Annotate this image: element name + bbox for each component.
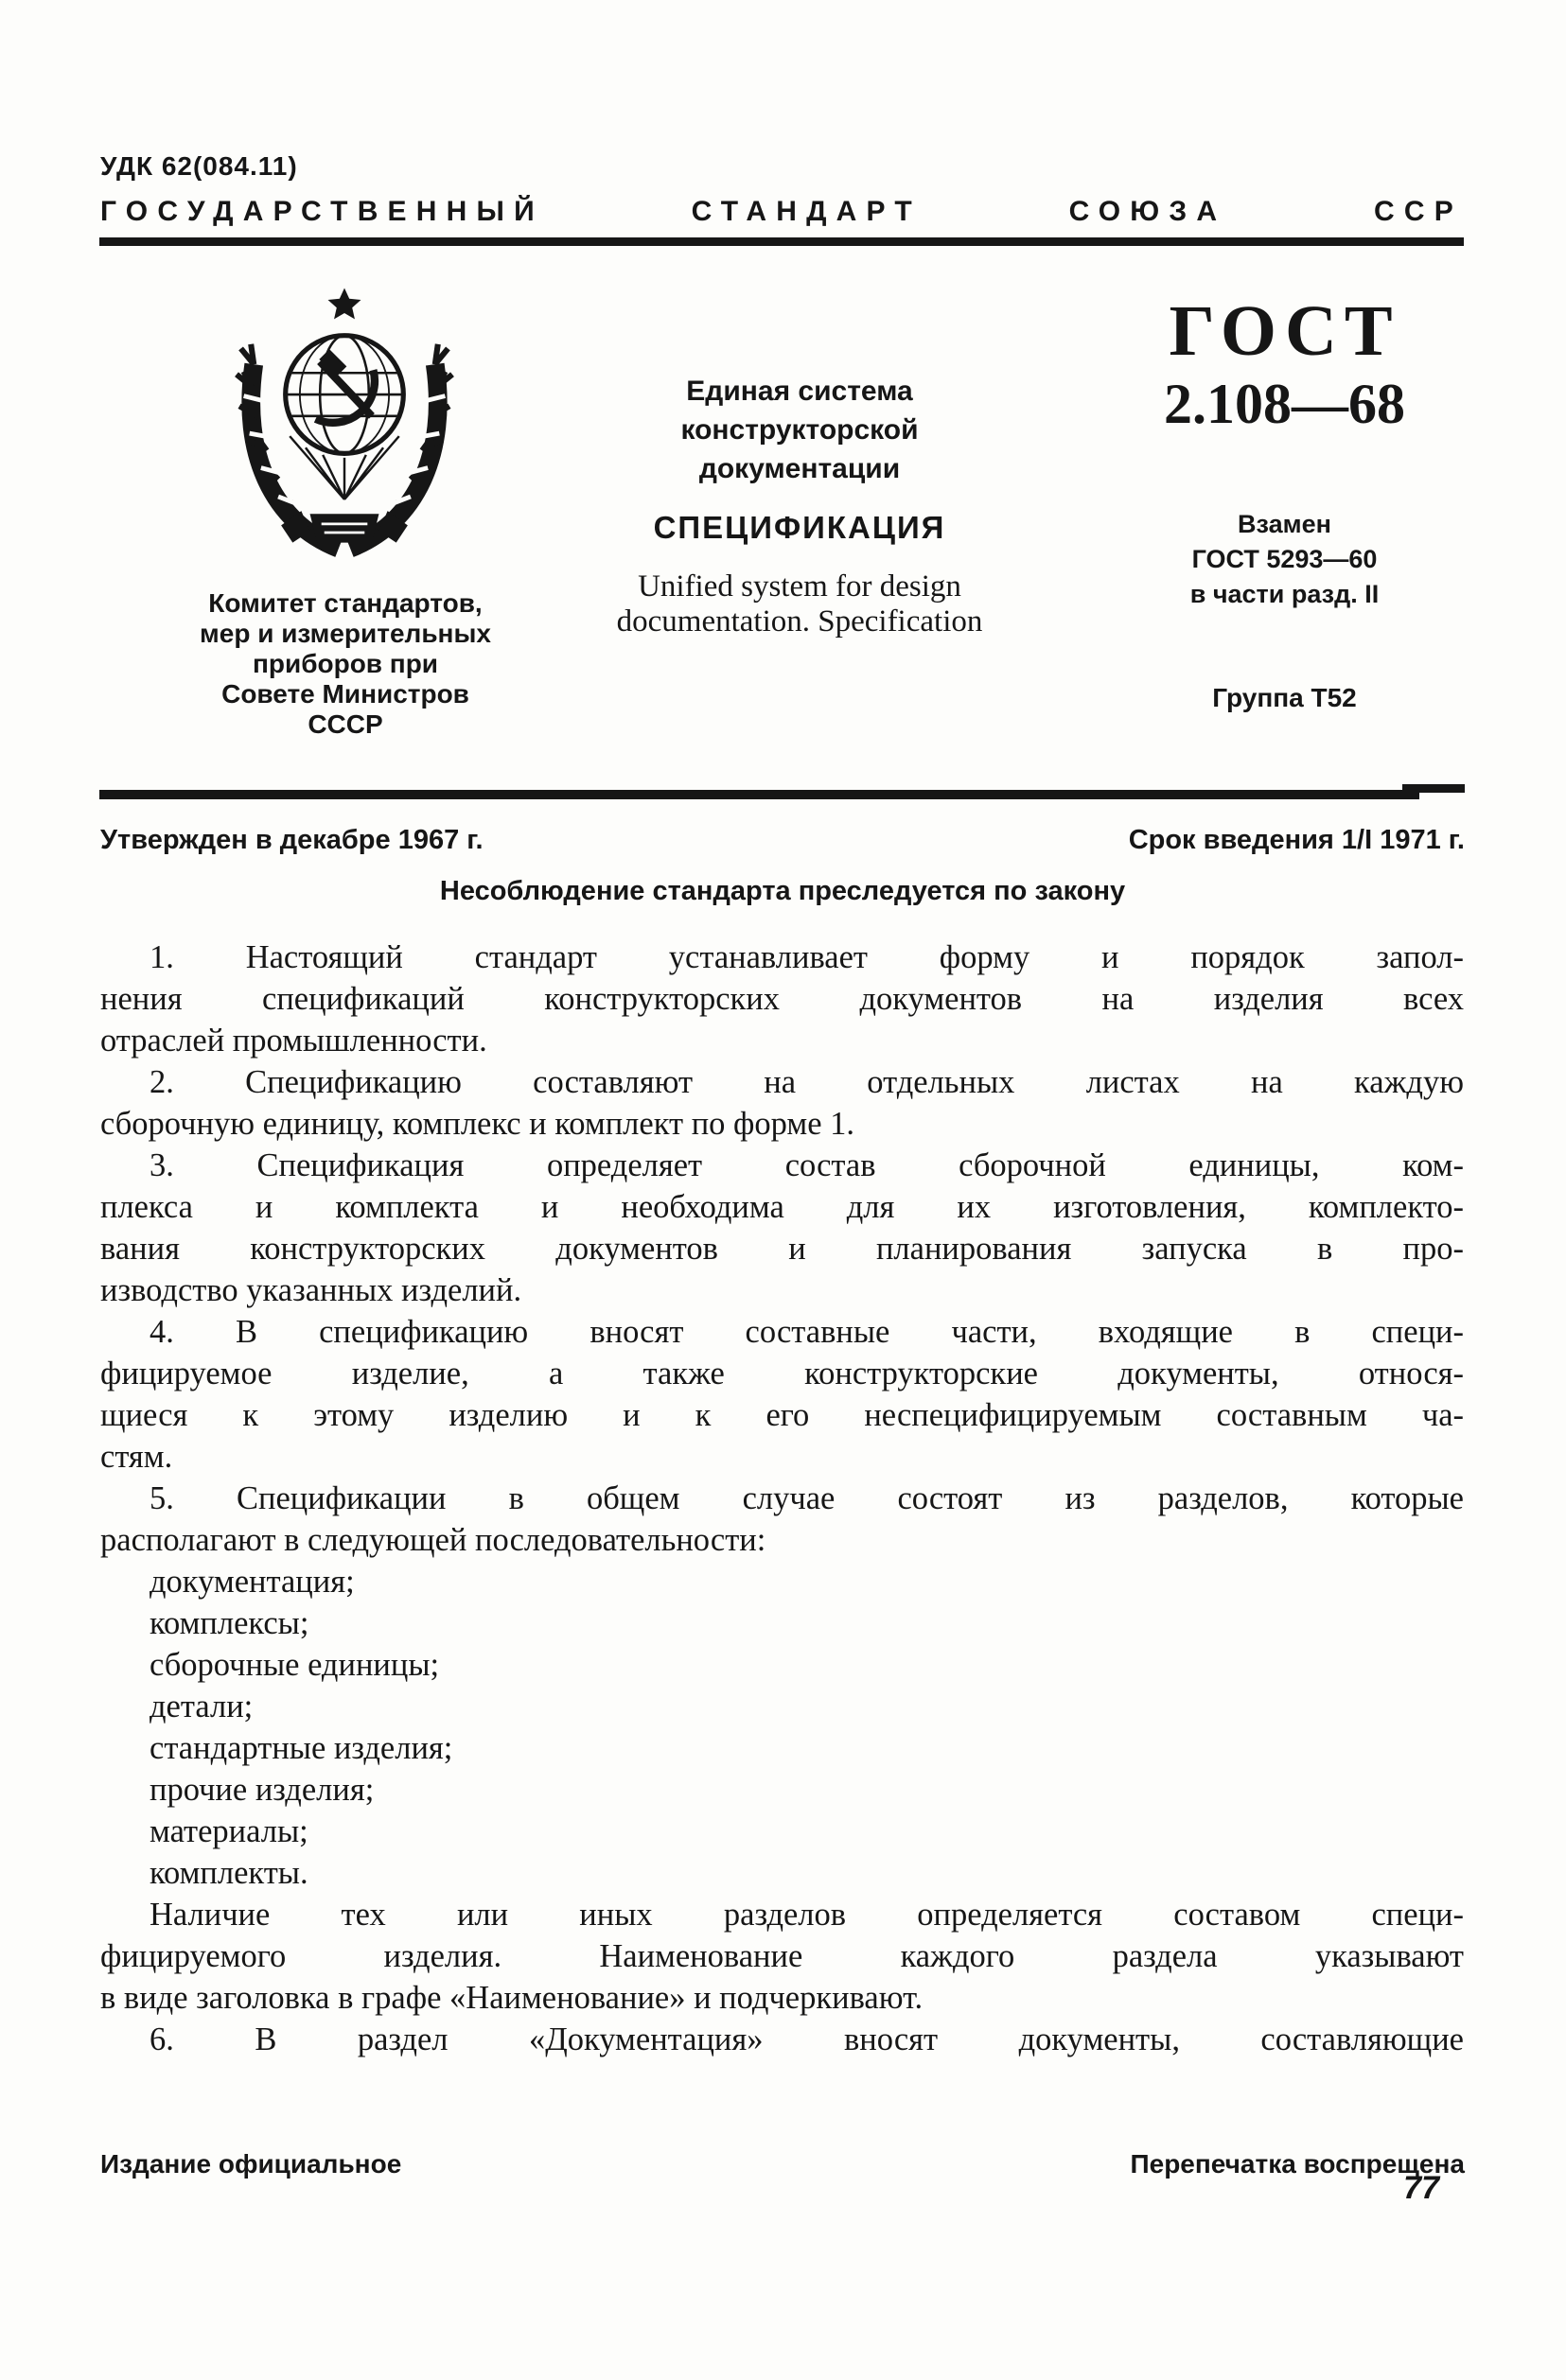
body-line: сборочные единицы;	[100, 1644, 1464, 1686]
system-name-line: конструкторской	[587, 411, 1012, 449]
body-line: фицируемого изделия. Наименование каждог…	[100, 1935, 1464, 1977]
replaces-line: Взамен	[1093, 507, 1476, 542]
replaces-line: ГОСТ 5293—60	[1093, 542, 1476, 577]
body-line: располагают в следующей последовательнос…	[100, 1519, 1464, 1561]
committee-name: Комитет стандартов, мер и измерительных …	[142, 588, 549, 740]
replaces-note: Взамен ГОСТ 5293—60 в части разд. II	[1093, 507, 1476, 612]
body-line: вания конструкторских документов и плани…	[100, 1228, 1464, 1269]
body-line: 6. В раздел «Документация» вносят докуме…	[100, 2019, 1464, 2060]
body-line: материалы;	[100, 1811, 1464, 1852]
header-divider	[99, 237, 1464, 246]
english-title-line: Unified system for design	[587, 569, 1012, 604]
system-name-line: Единая система	[587, 372, 1012, 411]
effective-date: Срок введения 1/I 1971 г.	[1129, 825, 1465, 856]
body-line: стандартные изделия;	[100, 1727, 1464, 1769]
committee-line: мер и измерительных	[142, 619, 549, 649]
section-divider-segment	[1402, 784, 1465, 793]
body-line: в виде заголовка в графе «Наименование» …	[100, 1977, 1464, 2019]
section-divider	[99, 790, 1419, 799]
standard-title-block: Единая система конструкторской документа…	[587, 372, 1012, 639]
committee-line: Комитет стандартов,	[142, 588, 549, 619]
body-line: щиеся к этому изделию и к его неспецифиц…	[100, 1394, 1464, 1436]
committee-line: приборов при	[142, 649, 549, 679]
header-word: ССР	[1374, 196, 1463, 228]
header-word: ГОСУДАРСТВЕННЫЙ	[100, 196, 544, 228]
ussr-state-emblem-icon	[201, 282, 488, 573]
page-number: 77	[1403, 2170, 1439, 2207]
body-text: 1. Настоящий стандарт устанавливает форм…	[100, 936, 1464, 2060]
committee-line: Совете Министров	[142, 679, 549, 709]
body-line: изводство указанных изделий.	[100, 1269, 1464, 1311]
standard-label: ГОСТ	[1093, 293, 1476, 369]
body-line: 1. Настоящий стандарт устанавливает форм…	[100, 936, 1464, 978]
replaces-line: в части разд. II	[1093, 577, 1476, 612]
body-line: 3. Спецификация определяет состав сбороч…	[100, 1145, 1464, 1186]
body-line: документация;	[100, 1561, 1464, 1602]
state-standard-header: ГОСУДАРСТВЕННЫЙ СТАНДАРТ СОЮЗА ССР	[100, 196, 1463, 228]
header-word: СОЮЗА	[1069, 196, 1227, 228]
body-line: комплексы;	[100, 1602, 1464, 1644]
body-line: Наличие тех или иных разделов определяет…	[100, 1894, 1464, 1935]
body-line: плекса и комплекта и необходима для их и…	[100, 1186, 1464, 1228]
body-line: 2. Спецификацию составляют на отдельных …	[100, 1061, 1464, 1103]
english-title: Unified system for design documentation.…	[587, 569, 1012, 639]
official-edition-label: Издание официальное	[100, 2149, 401, 2179]
body-line: 4. В спецификацию вносят составные части…	[100, 1311, 1464, 1353]
body-line: стям.	[100, 1436, 1464, 1478]
body-line: нения спецификаций конструкторских докум…	[100, 978, 1464, 1020]
body-line: 5. Спецификации в общем случае состоят и…	[100, 1478, 1464, 1519]
body-line: сборочную единицу, комплекс и комплект п…	[100, 1103, 1464, 1145]
document-title: СПЕЦИФИКАЦИЯ	[587, 510, 1012, 546]
approved-date: Утвержден в декабре 1967 г.	[100, 825, 484, 856]
body-line: прочие изделия;	[100, 1769, 1464, 1811]
committee-line: СССР	[142, 709, 549, 740]
header-word: СТАНДАРТ	[692, 196, 922, 228]
system-name-line: документации	[587, 449, 1012, 488]
law-notice: Несоблюдение стандарта преследуется по з…	[100, 876, 1465, 907]
status-row: Утвержден в декабре 1967 г. Срок введени…	[100, 825, 1465, 856]
group-label: Группа Т52	[1093, 683, 1476, 713]
document-page: УДК 62(084.11) ГОСУДАРСТВЕННЫЙ СТАНДАРТ …	[0, 0, 1566, 2380]
footer-row: Издание официальное Перепечатка воспреще…	[100, 2149, 1465, 2179]
body-line: фицируемое изделие, а также конструкторс…	[100, 1353, 1464, 1394]
english-title-line: documentation. Specification	[587, 604, 1012, 639]
udk-classification: УДК 62(084.11)	[100, 151, 298, 182]
standard-number: 2.108—68	[1093, 373, 1476, 435]
body-line: детали;	[100, 1686, 1464, 1727]
body-line: отраслей промышленности.	[100, 1020, 1464, 1061]
body-line: комплекты.	[100, 1852, 1464, 1894]
